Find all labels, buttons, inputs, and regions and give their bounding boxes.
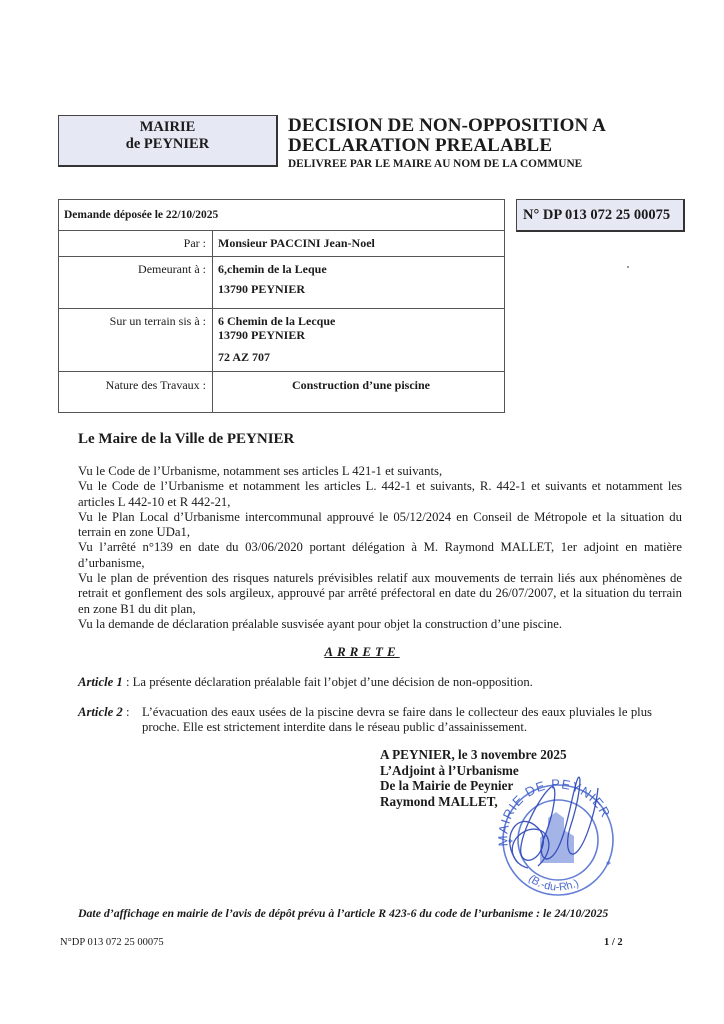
considerant: Vu le Plan Local d’Urbanisme intercommun… xyxy=(78,510,682,541)
works-nature: Construction d’une piscine xyxy=(213,372,505,413)
document-title-line1: DECISION DE NON-OPPOSITION A xyxy=(288,116,688,136)
table-row: Demeurant à : 6,chemin de la Leque 13790… xyxy=(59,257,505,309)
article-1-text: : La présente déclaration préalable fait… xyxy=(123,675,533,689)
table-row: Sur un terrain sis à : 6 Chemin de la Le… xyxy=(59,309,505,372)
svg-text:*: * xyxy=(606,860,611,871)
land-address-line1: 6 Chemin de la Lecque xyxy=(218,314,504,328)
considerants: Vu le Code de l’Urbanisme, notamment ses… xyxy=(78,464,682,632)
land-address-line2: 13790 PEYNIER xyxy=(218,328,504,342)
posting-date-note: Date d’affichage en mairie de l’avis de … xyxy=(78,906,608,921)
applicant-address-line2: 13790 PEYNIER xyxy=(218,282,504,296)
row-label: Par : xyxy=(59,231,213,257)
deposit-date: Demande déposée le 22/10/2025 xyxy=(59,200,505,231)
considerant: Vu l’arrêté n°139 en date du 03/06/2020 … xyxy=(78,540,682,571)
article-1: Article 1 : La présente déclaration préa… xyxy=(78,675,533,690)
article-2-separator: : xyxy=(123,705,130,719)
maire-title: Le Maire de la Ville de PEYNIER xyxy=(78,431,294,448)
mairie-box: MAIRIE de PEYNIER xyxy=(58,115,278,167)
table-row: Nature des Travaux : Construction d’une … xyxy=(59,372,505,413)
article-2-label: Article 2 xyxy=(78,705,123,719)
considerant: Vu la demande de déclaration préalable s… xyxy=(78,617,682,632)
applicant-address-line1: 6,chemin de la Leque xyxy=(218,262,504,276)
document-title-line2: DECLARATION PREALABLE xyxy=(288,136,688,156)
cadastral-reference: 72 AZ 707 xyxy=(218,350,504,364)
considerant: Vu le plan de prévention des risques nat… xyxy=(78,571,682,617)
signature-place-date: A PEYNIER, le 3 novembre 2025 xyxy=(380,747,567,763)
document-title-block: DECISION DE NON-OPPOSITION A DECLARATION… xyxy=(288,116,688,171)
article-2: Article 2 : L’évacuation des eaux usées … xyxy=(78,705,682,736)
table-row-deposit: Demande déposée le 22/10/2025 xyxy=(59,200,505,231)
considerant: Vu le Code de l’Urbanisme, notamment ses… xyxy=(78,464,682,479)
dossier-number-box: N° DP 013 072 25 00075 xyxy=(516,199,685,232)
request-table: Demande déposée le 22/10/2025 Par : Mons… xyxy=(58,199,505,413)
official-stamp-icon: MAIRIE DE PEYNIER (B.-du-Rh.) * * xyxy=(478,768,628,898)
mairie-commune: de PEYNIER xyxy=(59,136,276,153)
mairie-label: MAIRIE xyxy=(59,119,276,136)
considerant: Vu le Code de l’Urbanisme et notamment l… xyxy=(78,479,682,510)
row-label: Sur un terrain sis à : xyxy=(59,309,213,372)
table-row: Par : Monsieur PACCINI Jean-Noel xyxy=(59,231,505,257)
row-label: Demeurant à : xyxy=(59,257,213,309)
article-2-text: L’évacuation des eaux usées de la piscin… xyxy=(142,705,652,736)
arrete-heading: ARRETE xyxy=(0,644,724,660)
page-number: 1 / 2 xyxy=(604,937,623,948)
applicant-name: Monsieur PACCINI Jean-Noel xyxy=(213,231,505,257)
dossier-number: N° DP 013 072 25 00075 xyxy=(523,207,670,223)
row-label: Nature des Travaux : xyxy=(59,372,213,413)
footer-reference: N°DP 013 072 25 00075 xyxy=(60,937,164,948)
scan-speck xyxy=(627,266,629,268)
article-1-label: Article 1 xyxy=(78,675,123,689)
document-subtitle: DELIVREE PAR LE MAIRE AU NOM DE LA COMMU… xyxy=(288,157,688,171)
